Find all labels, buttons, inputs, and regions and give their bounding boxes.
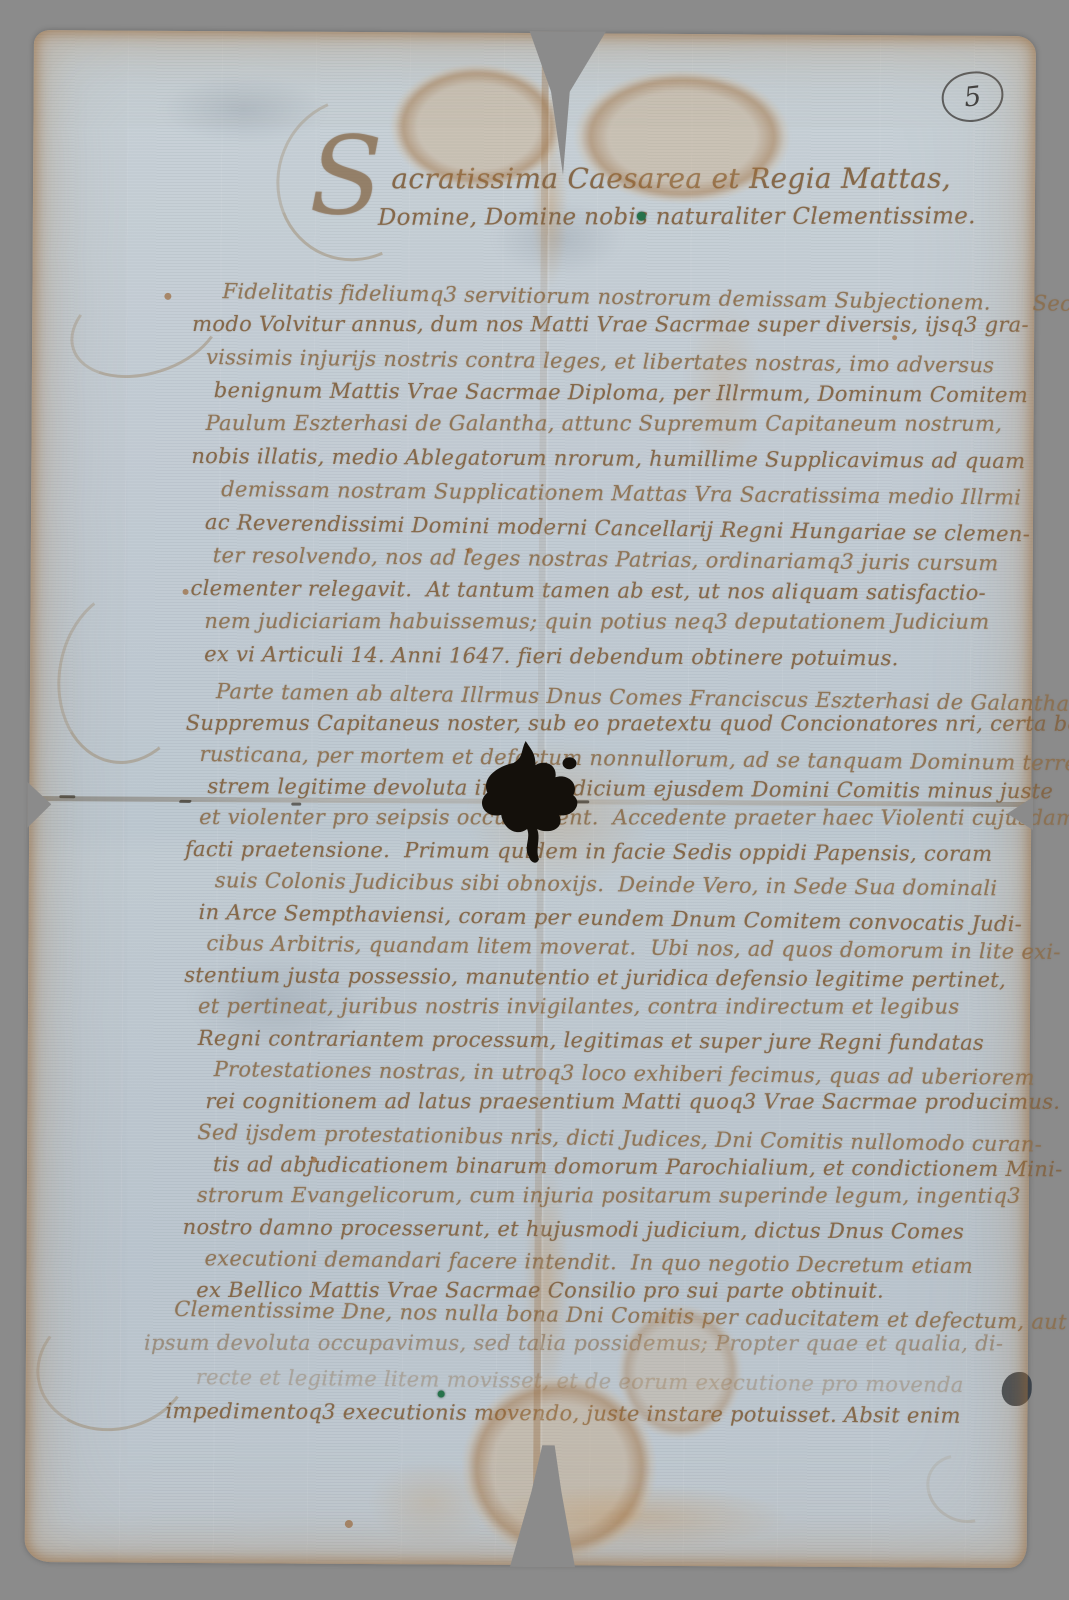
heading-invocation-line: Sacratissima Caesarea et Regia Mattas, <box>373 162 1003 196</box>
photo-background: 5 Sacratissima Caesarea et Regia Mattas,… <box>0 0 1069 1600</box>
handwritten-line: nobis illatis, medio Ablegatorum nrorum,… <box>191 444 1013 482</box>
tear-notch-left <box>27 782 51 828</box>
document-heading: Sacratissima Caesarea et Regia Mattas, D… <box>323 160 1003 232</box>
handwritten-line: et pertineat, juribus nostris invigilant… <box>198 994 1016 1026</box>
crease-tear-mark <box>59 795 75 798</box>
manuscript-page: 5 Sacratissima Caesarea et Regia Mattas,… <box>25 30 1036 1568</box>
calligraphic-flourish <box>914 1441 1013 1536</box>
handwritten-line: Suppremus Capitaneus noster, sub eo prae… <box>186 710 1018 742</box>
handwritten-line: nem judiciariam habuissemus; quin potius… <box>204 609 1012 643</box>
handwritten-line: facti praetensione. Primum quidem in fac… <box>185 836 1017 873</box>
worm-hole <box>473 739 594 870</box>
handwritten-line: Regni contrariantem processum, legitimas… <box>198 1026 1016 1062</box>
handwritten-line: ipsum devoluta occupavimus, sed talia po… <box>144 1331 1016 1366</box>
tear-notch-top <box>527 31 606 175</box>
handwritten-line: et violenter pro seipsis occupassent. Ac… <box>199 805 1017 837</box>
handwritten-line: strorum Evangelicorum, cum injuria posit… <box>197 1183 1015 1215</box>
page-number: 5 <box>962 80 983 113</box>
handwritten-line: rei cognitionem ad latus praesentium Mat… <box>205 1089 1015 1121</box>
handwritten-line: nostro damno processerunt, et hujusmodi … <box>183 1214 1015 1251</box>
page-number-badge: 5 <box>939 68 1006 125</box>
handwritten-line: modo Volvitur annus, dum nos Matti Vrae … <box>192 312 1014 346</box>
handwritten-line: Paulum Eszterhasi de Galantha, attunc Su… <box>206 411 1014 445</box>
rust-speck <box>345 1520 353 1528</box>
bottom-left-stain <box>345 1444 516 1561</box>
handwritten-line: ex vi Articuli 14. Anni 1647. fieri debe… <box>204 642 1012 680</box>
paragraph-3: Clementissime Dne, nos nulla bona Dni Co… <box>45 1296 1016 1438</box>
bottom-edge-stain <box>421 1470 852 1563</box>
crease-tear-mark <box>291 803 301 806</box>
crease-tear-mark <box>179 800 192 803</box>
tear-notch-bottom <box>505 1445 594 1568</box>
paragraph-1: Fidelitatis fideliumq3 servitiorum nostr… <box>92 278 1014 680</box>
heading-salutation-line: Domine, Domine nobis naturaliter Clement… <box>378 203 1003 231</box>
